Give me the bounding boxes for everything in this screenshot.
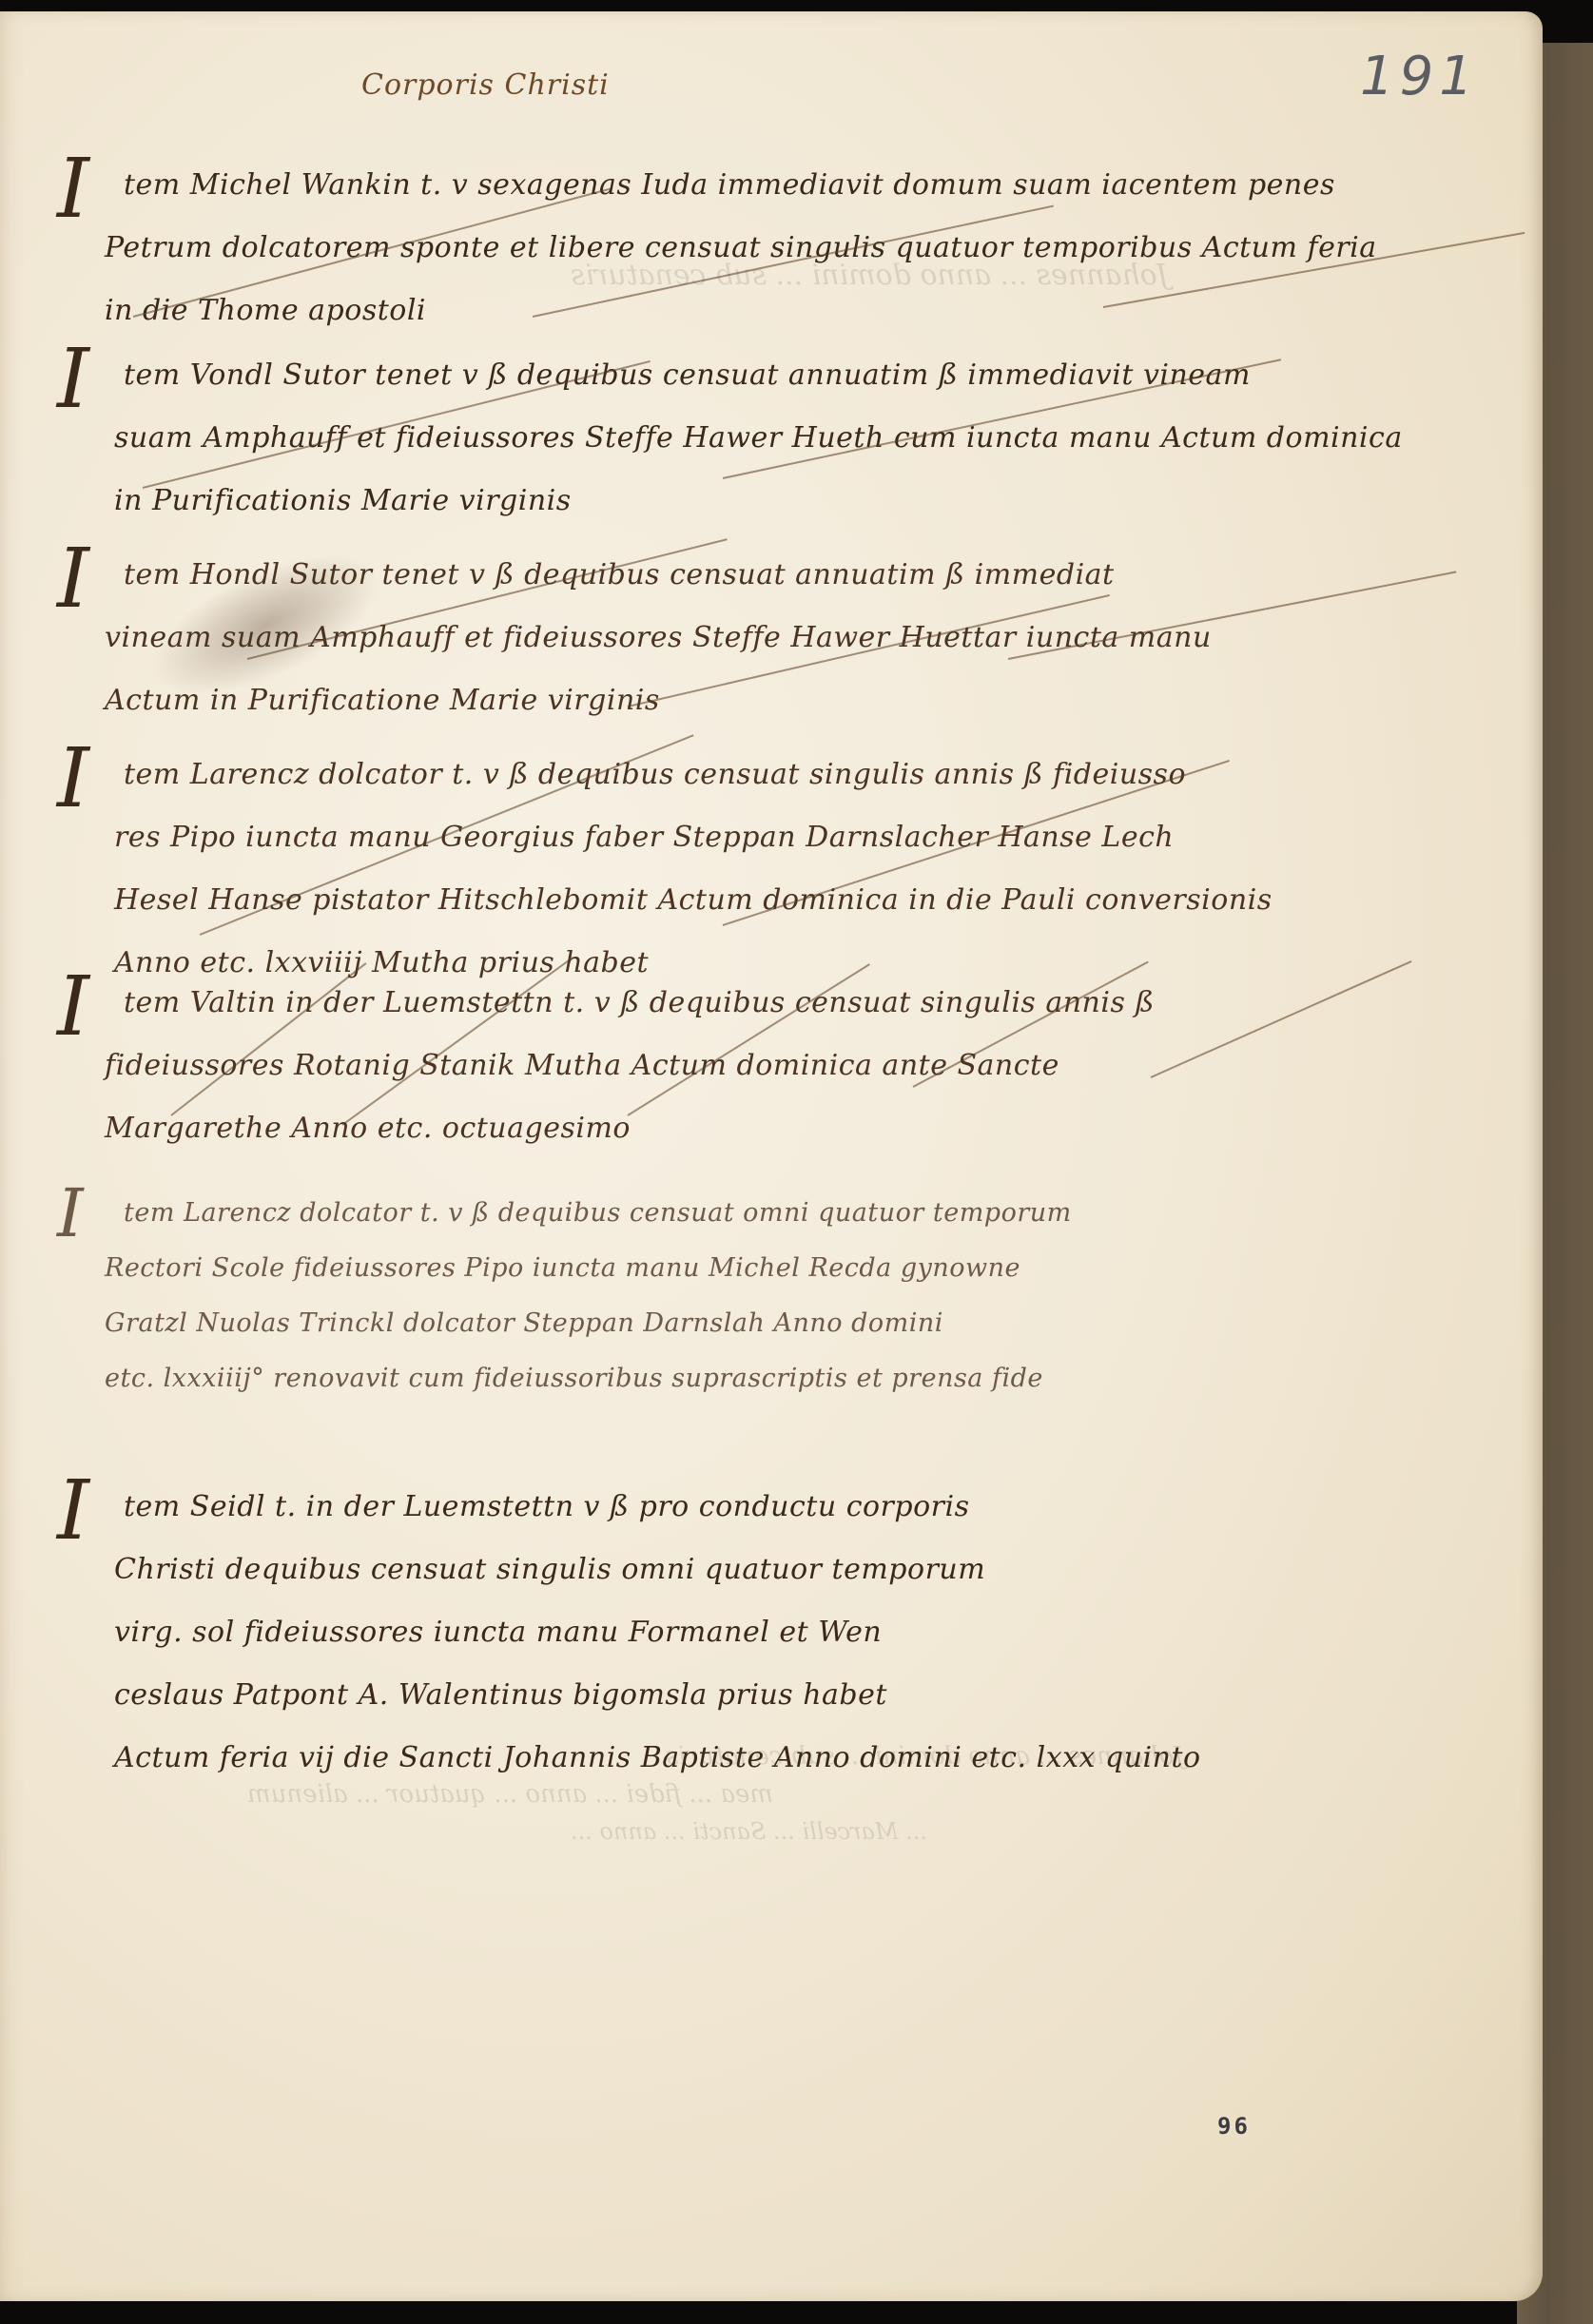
entry-line: tem Larencz dolcator t. v ß dequibus cen… bbox=[124, 744, 1465, 806]
entry-6: I tem Larencz dolcator t. v ß dequibus c… bbox=[57, 1186, 1465, 1414]
initial-letter: I bbox=[57, 538, 89, 620]
entry-line: in Purificationis Marie virginis bbox=[114, 470, 1465, 533]
entry-line: etc. lxxxiiij° renovavit cum fideiussori… bbox=[105, 1351, 1465, 1406]
entry-line: Actum feria vij die Sancti Johannis Bapt… bbox=[114, 1727, 1465, 1790]
entry-line: Rectori Scole fideiussores Pipo iuncta m… bbox=[105, 1241, 1465, 1296]
entry-3: I tem Hondl Sutor tenet v ß dequibus cen… bbox=[57, 544, 1465, 734]
initial-letter: I bbox=[57, 148, 89, 230]
entry-line: ceslaus Patpont A. Walentinus bigomsla p… bbox=[114, 1664, 1465, 1727]
entry-line: virg. sol fideiussores iuncta manu Forma… bbox=[114, 1601, 1465, 1664]
entry-2: I tem Vondl Sutor tenet v ß dequibus cen… bbox=[57, 344, 1465, 534]
entry-line: in die Thome apostoli bbox=[105, 280, 1465, 342]
entry-line: suam Amphauff et fideiussores Steffe Haw… bbox=[114, 407, 1465, 470]
entry-7: I tem Seidl t. in der Luemstettn v ß pro… bbox=[57, 1476, 1465, 1761]
entry-line: Gratzl Nuolas Trinckl dolcator Steppan D… bbox=[105, 1296, 1465, 1351]
manuscript-page: Johannes ... anno domini ... sub cenatur… bbox=[0, 11, 1543, 2301]
entry-line: tem Larencz dolcator t. v ß dequibus cen… bbox=[124, 1186, 1465, 1241]
initial-letter: I bbox=[57, 738, 89, 820]
folio-number: 191 bbox=[1360, 46, 1479, 107]
entry-line: Hesel Hanse pistator Hitschlebomit Actum… bbox=[114, 869, 1465, 932]
bleed-through-text: ... Marcelli ... Sancti ... anno ... bbox=[571, 1818, 927, 1845]
initial-letter: I bbox=[57, 339, 89, 420]
initial-letter: I bbox=[57, 966, 89, 1048]
entry-1: I tem Michel Wankin t. v sexagenas Iuda … bbox=[57, 154, 1465, 344]
entry-line: Petrum dolcatorem sponte et libere censu… bbox=[105, 217, 1465, 280]
entry-line: fideiussores Rotanig Stanik Mutha Actum … bbox=[105, 1035, 1465, 1097]
entry-4: I tem Larencz dolcator t. v ß dequibus c… bbox=[57, 744, 1465, 962]
entry-line: tem Michel Wankin t. v sexagenas Iuda im… bbox=[124, 154, 1465, 217]
entry-line: vineam suam Amphauff et fideiussores Ste… bbox=[105, 607, 1465, 669]
archive-stamp-number: 96 bbox=[1217, 2113, 1251, 2140]
entry-line: tem Seidl t. in der Luemstettn v ß pro c… bbox=[124, 1476, 1465, 1539]
entry-line: Christi dequibus censuat singulis omni q… bbox=[114, 1539, 1465, 1601]
initial-letter: I bbox=[57, 1180, 84, 1247]
header-rubric: Corporis Christi bbox=[361, 68, 610, 102]
entry-line: tem Valtin in der Luemstettn t. v ß dequ… bbox=[124, 972, 1465, 1035]
entry-line: Actum in Purificatione Marie virginis bbox=[105, 669, 1465, 732]
entry-line: tem Vondl Sutor tenet v ß dequibus censu… bbox=[124, 344, 1465, 407]
initial-letter: I bbox=[57, 1470, 89, 1552]
entry-line: Margarethe Anno etc. octuagesimo bbox=[105, 1097, 1465, 1160]
entry-line: tem Hondl Sutor tenet v ß dequibus censu… bbox=[124, 544, 1465, 607]
entry-5: I tem Valtin in der Luemstettn t. v ß de… bbox=[57, 972, 1465, 1162]
entry-line: res Pipo iuncta manu Georgius faber Step… bbox=[114, 806, 1465, 869]
